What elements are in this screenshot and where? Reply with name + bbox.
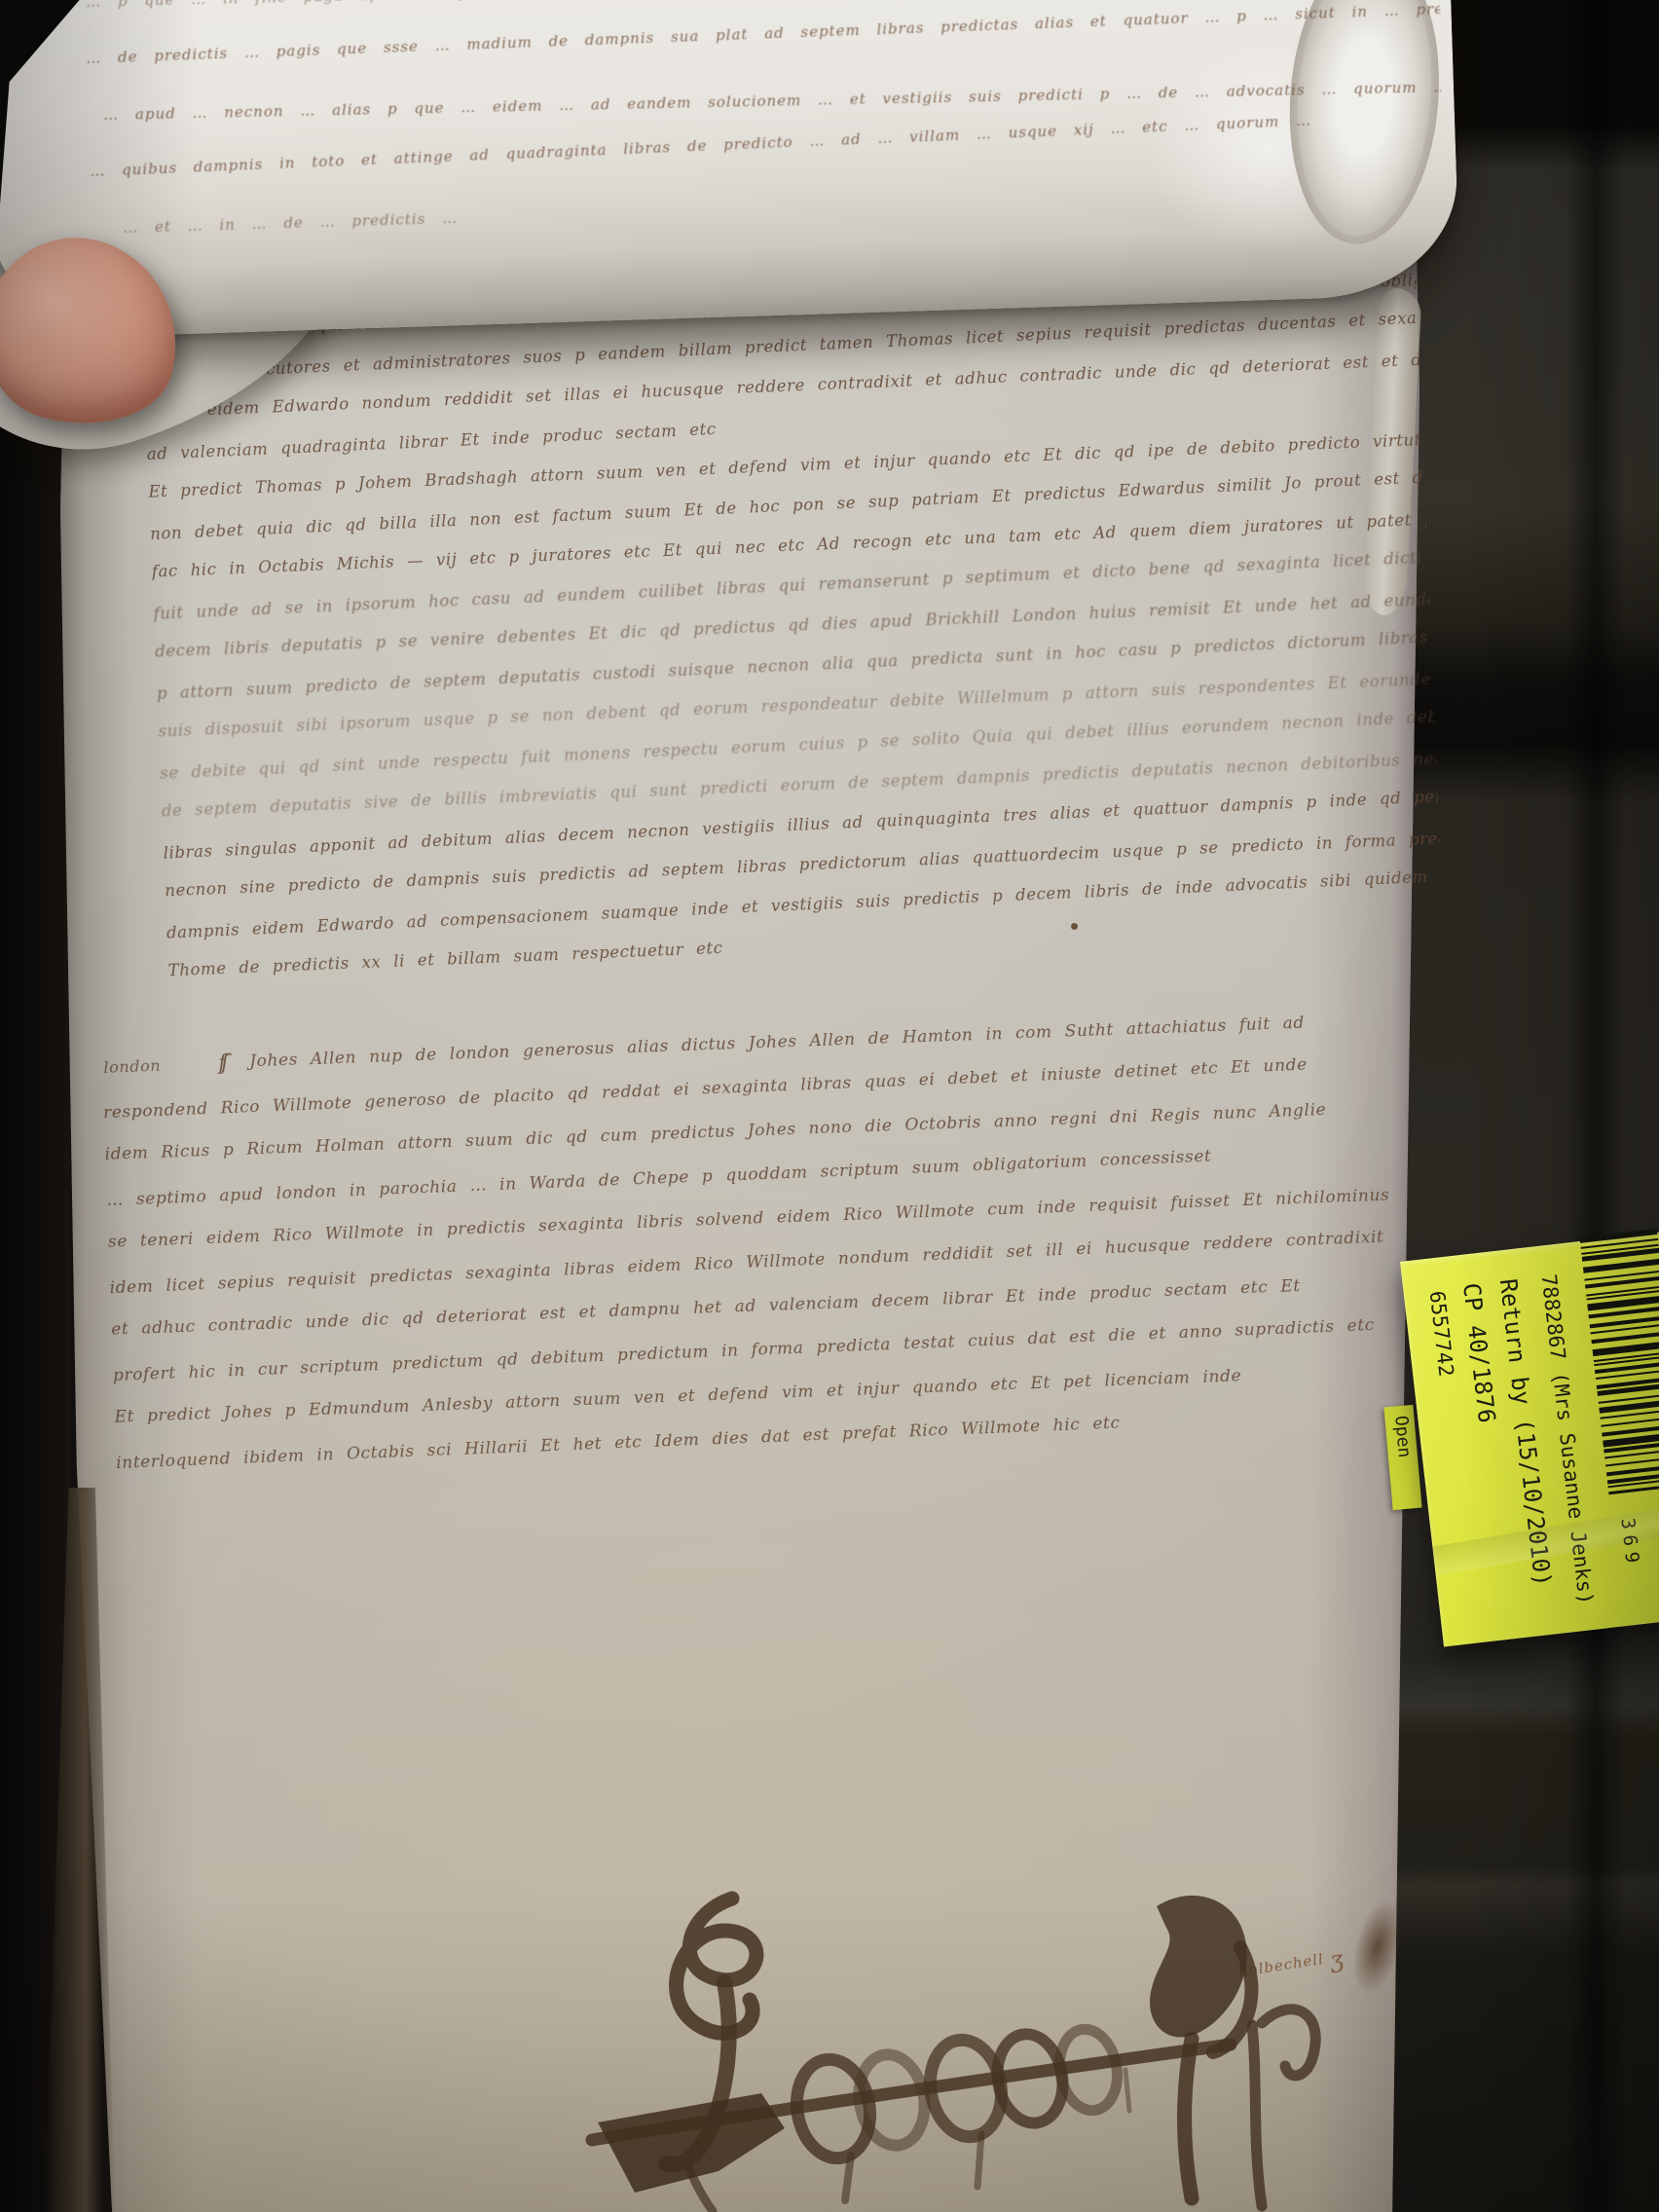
label-side-marks: 5 C369 <box>1604 1510 1659 1571</box>
shelf-label-content: 5 C369 7882867 (Mrs Susanne Jenks) Retur… <box>1400 1227 1659 1647</box>
margin-note: london <box>103 1056 162 1077</box>
ink-dot <box>1071 923 1078 930</box>
label-side-mark-2: 369 <box>1616 1517 1643 1569</box>
roll-dorse-text: … p que … in fine paga apud ad quinque l… <box>86 0 1441 276</box>
engrossed-flourish <box>541 1875 1349 2212</box>
shelf-label: 5 C369 7882867 (Mrs Susanne Jenks) Retur… <box>1400 1227 1659 1647</box>
archive-photo: … p que … in fine paga apud ad quinque l… <box>0 0 1659 2212</box>
barcode <box>1579 1229 1659 1494</box>
under-label-text: Open <box>1390 1415 1415 1458</box>
label-barcode-number: 6557742 <box>1425 1290 1458 1379</box>
paragraph-mark: ſſ <box>218 1051 224 1075</box>
barcode-bar <box>1591 1331 1659 1344</box>
label-document-reference: CP 40/1876 <box>1457 1281 1500 1424</box>
plea-entry-block-london: londonſſJohes Allen nup de london genero… <box>101 1010 1426 1495</box>
